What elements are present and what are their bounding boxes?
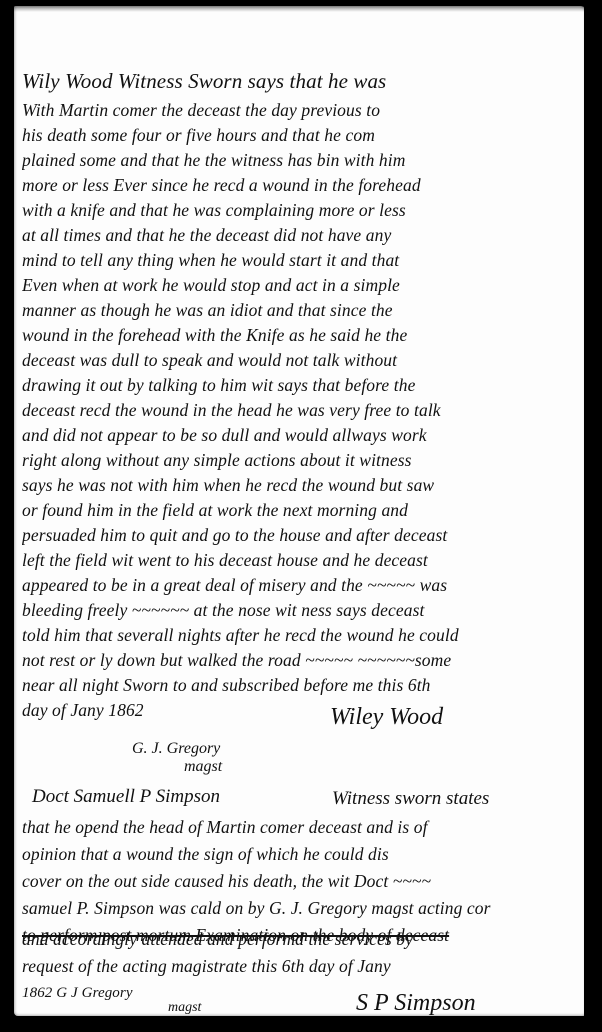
text-line: and did not appear to be so dull and wou… <box>22 423 574 448</box>
text-line: appeared to be in a great deal of misery… <box>22 573 574 598</box>
text-line: not rest or ly down but walked the road … <box>22 648 574 673</box>
text-line: persuaded him to quit and go to the hous… <box>22 523 574 548</box>
text-line: day of Jany 1862 <box>22 698 574 723</box>
text-line: wound in the forehead with the Knife as … <box>22 323 574 348</box>
text-line: deceast was dull to speak and would not … <box>22 348 574 373</box>
text-line: near all night Sworn to and subscribed b… <box>22 673 574 698</box>
text-line: right along without any simple actions a… <box>22 448 574 473</box>
magistrate-title: magst <box>184 758 222 776</box>
testimony-simpson: Doct Samuell P Simpson Witness sworn sta… <box>22 786 574 949</box>
text-line: and accordingly attended and performd th… <box>22 926 574 953</box>
magistrate-title-2: magst <box>168 1000 201 1016</box>
text-line: mind to tell any thing when he would sta… <box>22 248 574 273</box>
text-line: drawing it out by talking to him wit say… <box>22 373 574 398</box>
testimony-simpson-continued: and accordingly attended and performd th… <box>22 926 574 1007</box>
text-line: opinion that a wound the sign of which h… <box>22 841 574 868</box>
text-line: With Martin comer the deceast the day pr… <box>22 98 574 123</box>
text-line: cover on the out side caused his death, … <box>22 868 574 895</box>
text-line: request of the acting magistrate this 6t… <box>22 953 574 980</box>
text-line: with a knife and that he was complaining… <box>22 198 574 223</box>
witness-sworn-heading: Witness sworn states <box>332 788 489 810</box>
text-line: at all times and that he the deceast did… <box>22 223 574 248</box>
text-line: plained some and that he the witness has… <box>22 148 574 173</box>
doctor-heading: Doct Samuell P Simpson <box>32 786 220 808</box>
text-line: told him that severall nights after he r… <box>22 623 574 648</box>
text-line: or found him in the field at work the ne… <box>22 498 574 523</box>
text-line: more or less Ever since he recd a wound … <box>22 173 574 198</box>
text-line: bleeding freely ~~~~~~ at the nose wit n… <box>22 598 574 623</box>
text-line: Wily Wood Witness Sworn says that he was <box>22 64 574 98</box>
witness-signature: Wiley Wood <box>330 704 443 731</box>
text-line: manner as though he was an idiot and tha… <box>22 298 574 323</box>
testimony-wood: Wily Wood Witness Sworn says that he was… <box>22 64 574 723</box>
text-line: that he opend the head of Martin comer d… <box>22 814 574 841</box>
text-line: his death some four or five hours and th… <box>22 123 574 148</box>
doctor-signature: S P Simpson <box>356 990 476 1017</box>
text-line: left the field wit went to his deceast h… <box>22 548 574 573</box>
text-line: deceast recd the wound in the head he wa… <box>22 398 574 423</box>
text-line: says he was not with him when he recd th… <box>22 473 574 498</box>
magistrate-signature: G. J. Gregory <box>132 740 220 758</box>
text-line: 1862 G J Gregory <box>22 980 574 1007</box>
text-line: samuel P. Simpson was cald on by G. J. G… <box>22 895 574 922</box>
scan-border <box>584 0 602 1032</box>
text-line: Even when at work he would stop and act … <box>22 273 574 298</box>
